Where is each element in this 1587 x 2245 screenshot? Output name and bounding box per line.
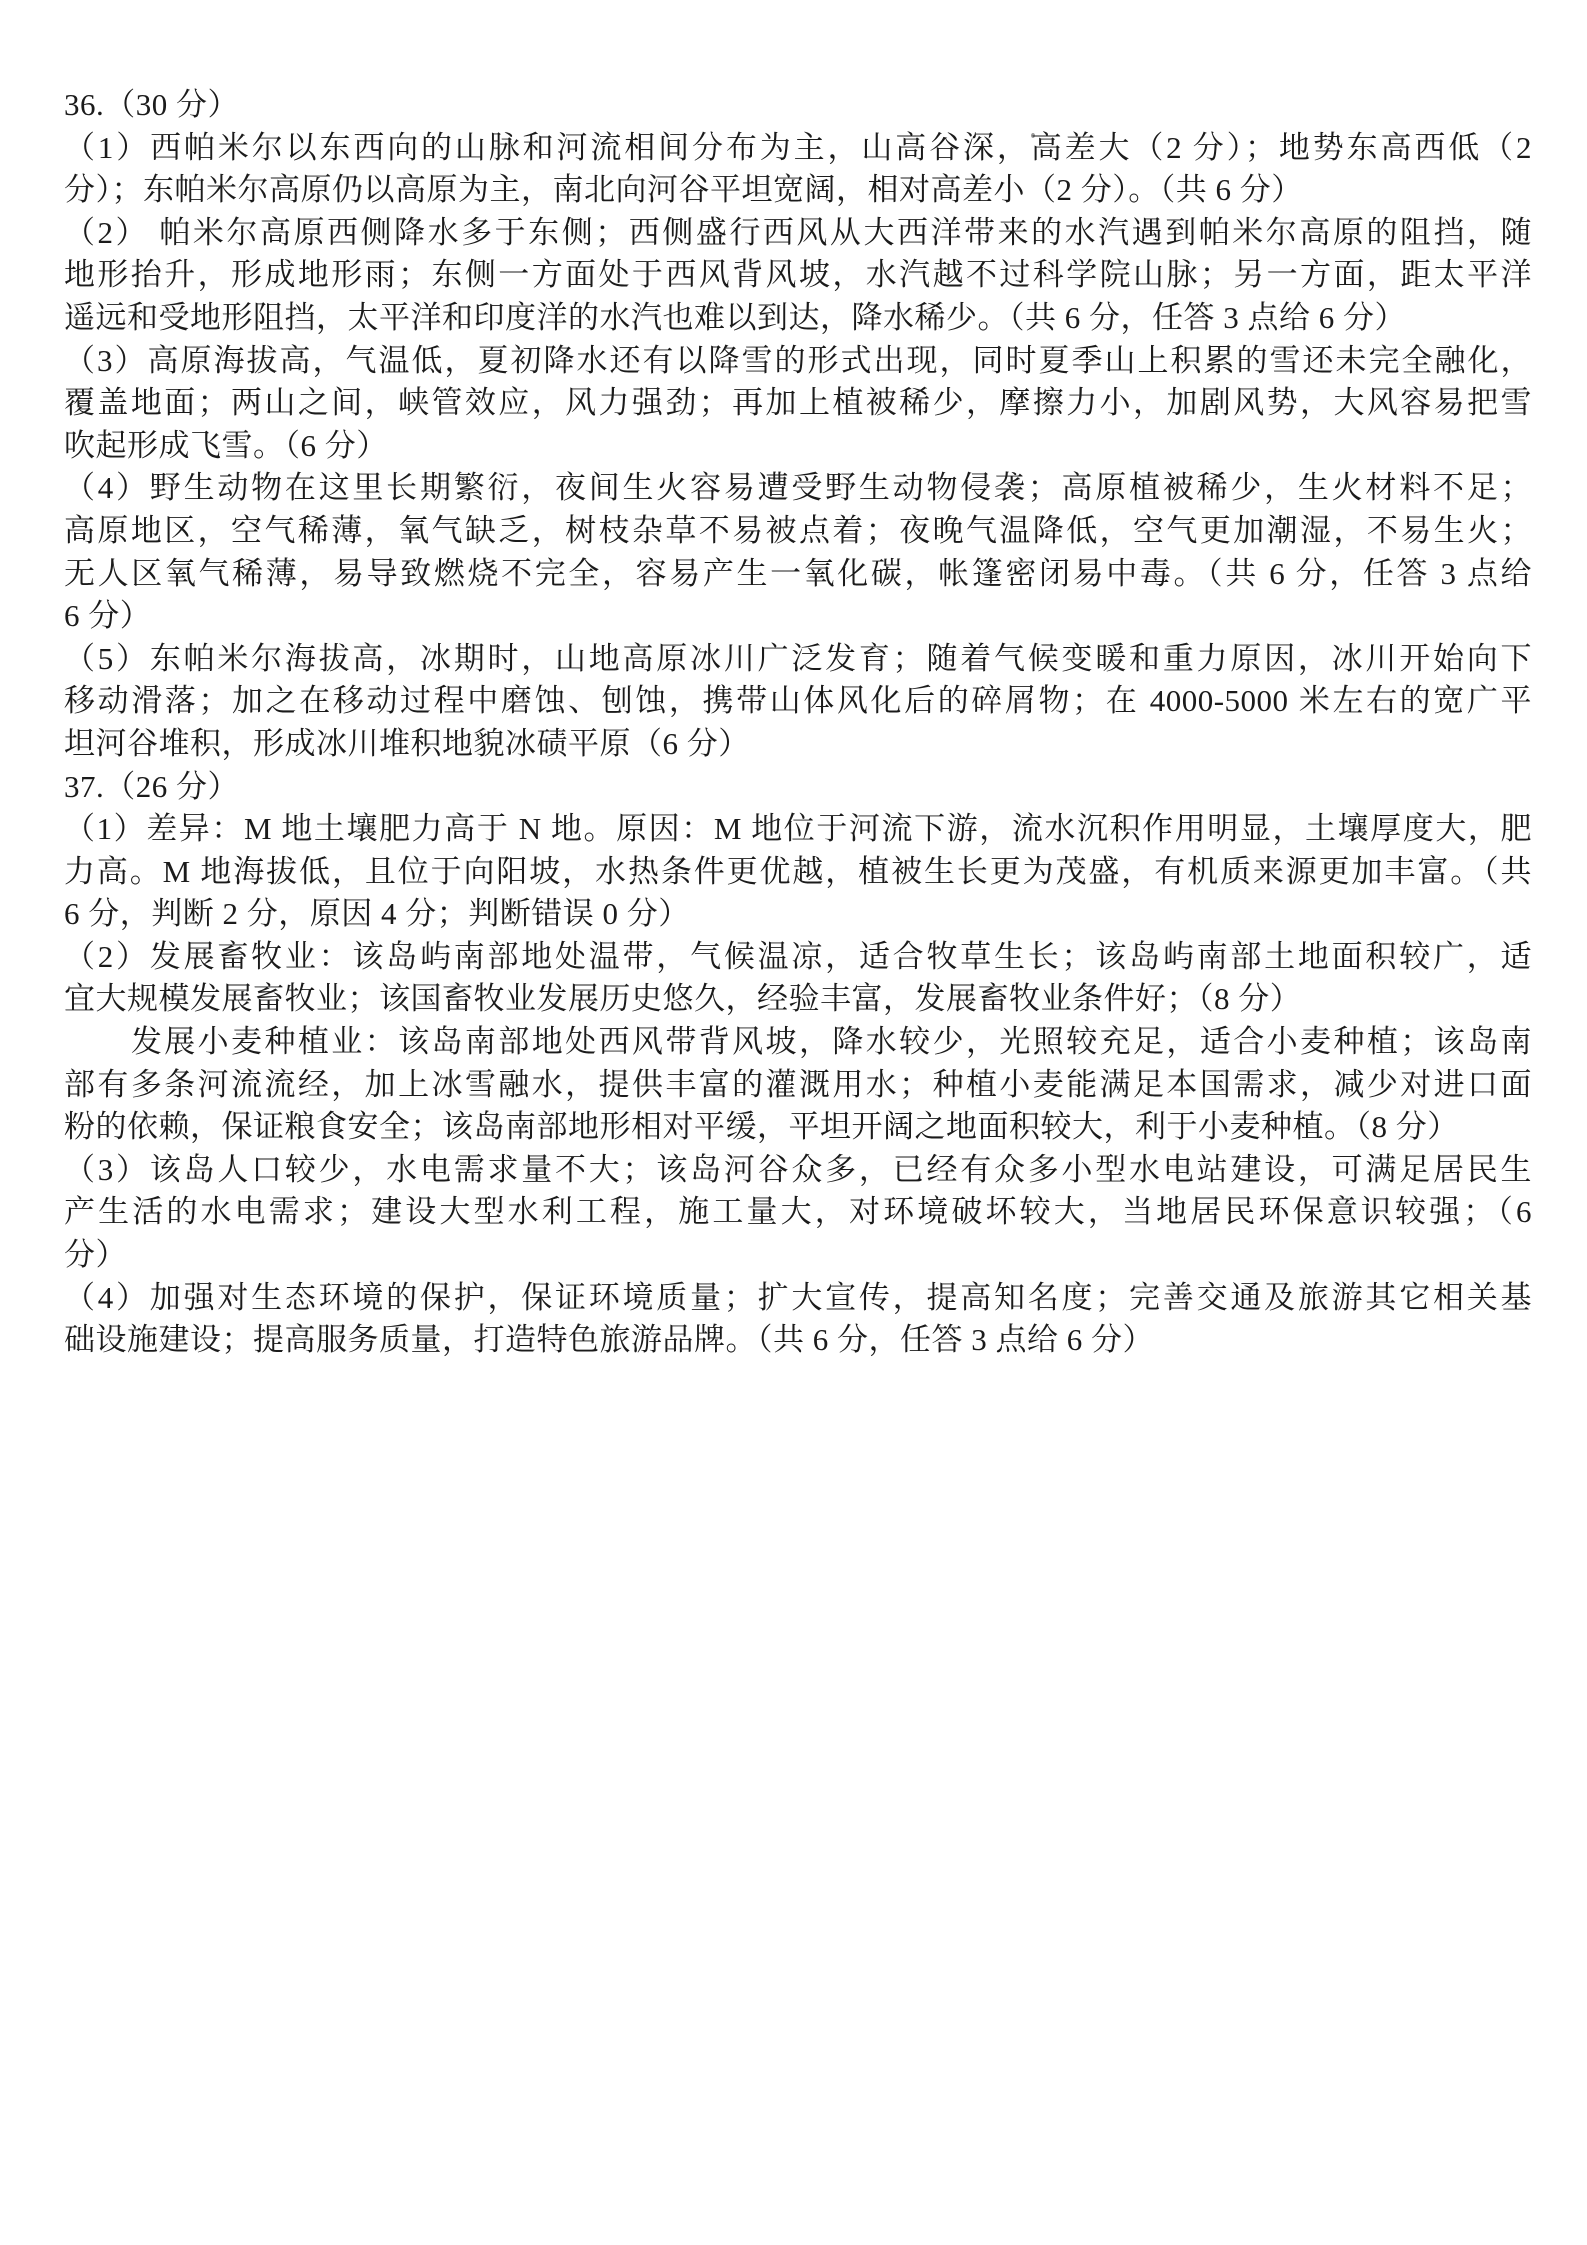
text-line: 36.（30 分）	[64, 84, 1532, 127]
text-line: 发展小麦种植业：该岛南部地处西风带背风坡，降水较少，光照较充足，适合小麦种植；该…	[64, 1021, 1532, 1064]
text-line: 宜大规模发展畜牧业；该国畜牧业发展历史悠久，经验丰富，发展畜牧业条件好；（8 分…	[64, 978, 1532, 1021]
answer-document: 36.（30 分）（1）西帕米尔以东西向的山脉和河流相间分布为主，山高谷深，高差…	[64, 84, 1532, 1362]
text-line: 坦河谷堆积，形成冰川堆积地貌冰碛平原（6 分）	[64, 723, 1532, 766]
text-line: 产生活的水电需求；建设大型水利工程，施工量大，对环境破坏较大，当地居民环保意识较…	[64, 1191, 1532, 1234]
page: { "page": { "background": "#ffffff", "te…	[0, 0, 1587, 2245]
text-line: 分）	[64, 1234, 1532, 1277]
text-line: 高原地区，空气稀薄，氧气缺乏，树枝杂草不易被点着；夜晚气温降低，空气更加潮湿，不…	[64, 510, 1532, 553]
text-line: （2）发展畜牧业：该岛屿南部地处温带，气候温凉，适合牧草生长；该岛屿南部土地面积…	[64, 936, 1532, 979]
text-line: 移动滑落；加之在移动过程中磨蚀、刨蚀，携带山体风化后的碎屑物；在 4000-50…	[64, 680, 1532, 723]
text-line: 37.（26 分）	[64, 766, 1532, 809]
text-line: 6 分，判断 2 分，原因 4 分；判断错误 0 分）	[64, 893, 1532, 936]
text-line: 无人区氧气稀薄，易导致燃烧不完全，容易产生一氧化碳，帐篷密闭易中毒。（共 6 分…	[64, 553, 1532, 596]
text-line: （2） 帕米尔高原西侧降水多于东侧；西侧盛行西风从大西洋带来的水汽遇到帕米尔高原…	[64, 212, 1532, 255]
text-line: 地形抬升，形成地形雨；东侧一方面处于西风背风坡，水汽越不过科学院山脉；另一方面，…	[64, 254, 1532, 297]
text-line: （4）加强对生态环境的保护，保证环境质量；扩大宣传，提高知名度；完善交通及旅游其…	[64, 1277, 1532, 1320]
text-line: （5）东帕米尔海拔高，冰期时，山地高原冰川广泛发育；随着气候变暖和重力原因，冰川…	[64, 638, 1532, 681]
text-line: 吹起形成飞雪。（6 分）	[64, 425, 1532, 468]
text-line: 6 分）	[64, 595, 1532, 638]
text-line: （3）高原海拔高，气温低，夏初降水还有以降雪的形式出现，同时夏季山上积累的雪还未…	[64, 340, 1532, 383]
text-line: 分）；东帕米尔高原仍以高原为主，南北向河谷平坦宽阔，相对高差小（2 分）。（共 …	[64, 169, 1532, 212]
text-line: 部有多条河流流经，加上冰雪融水，提供丰富的灌溉用水；种植小麦能满足本国需求，减少…	[64, 1064, 1532, 1107]
text-line: 力高。M 地海拔低，且位于向阳坡，水热条件更优越，植被生长更为茂盛，有机质来源更…	[64, 851, 1532, 894]
text-line: 遥远和受地形阻挡，太平洋和印度洋的水汽也难以到达，降水稀少。（共 6 分，任答 …	[64, 297, 1532, 340]
text-line: （1）差异：M 地土壤肥力高于 N 地。原因：M 地位于河流下游，流水沉积作用明…	[64, 808, 1532, 851]
text-line: （3）该岛人口较少，水电需求量不大；该岛河谷众多，已经有众多小型水电站建设，可满…	[64, 1149, 1532, 1192]
text-line: 粉的依赖，保证粮食安全；该岛南部地形相对平缓，平坦开阔之地面积较大，利于小麦种植…	[64, 1106, 1532, 1149]
text-line: 覆盖地面；两山之间，峡管效应，风力强劲；再加上植被稀少，摩擦力小，加剧风势，大风…	[64, 382, 1532, 425]
text-line: （1）西帕米尔以东西向的山脉和河流相间分布为主，山高谷深，高差大（2 分）；地势…	[64, 127, 1532, 170]
text-line: （4）野生动物在这里长期繁衍，夜间生火容易遭受野生动物侵袭；高原植被稀少，生火材…	[64, 467, 1532, 510]
text-line: 础设施建设；提高服务质量，打造特色旅游品牌。（共 6 分，任答 3 点给 6 分…	[64, 1319, 1532, 1362]
